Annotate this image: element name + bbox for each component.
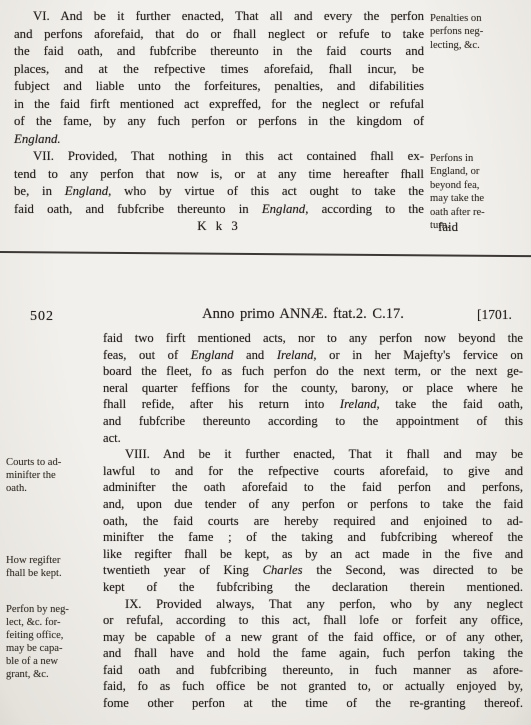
margin-note-line: minifter the <box>6 470 103 483</box>
text-line: board the fleet, fo as fuch perfon do th… <box>103 363 523 380</box>
running-title: Anno primo ANNÆ. ftat.2. C.17. <box>103 306 503 323</box>
text-line: tend to any perfon that now is, or at an… <box>14 166 424 184</box>
margin-note-line: may be capa- <box>6 642 103 655</box>
text-line: IX. Provided always, That any perfon, wh… <box>103 596 523 613</box>
text-line: lawful to and for the refpective courts … <box>103 463 523 480</box>
margin-note-courts-administer-oath: Courts to ad-minifter theoath. <box>6 457 103 496</box>
text-line: in the faid firft mentioned act expreffe… <box>14 96 424 114</box>
page2-header: 502 Anno primo ANNÆ. ftat.2. C.17. [1701… <box>0 306 531 328</box>
margin-note-line: oath after re- <box>430 206 527 219</box>
page-number: 502 <box>30 309 54 325</box>
margin-note-person-forfeiting-office: Perfon by neg-lect, &c. for-feiting offi… <box>6 603 103 682</box>
margin-note-line: Penalties on <box>430 12 527 25</box>
margin-note-line: beyond fea, <box>430 179 527 192</box>
margin-note-persons-in-england: Perfons inEngland, orbeyond fea,may take… <box>430 152 527 232</box>
text-line: faid oath and fubfcribing thereunto, in … <box>103 662 523 679</box>
margin-note-line: grant, &c. <box>6 668 103 681</box>
text-line: VI. And be it further enacted, That all … <box>14 8 424 26</box>
text-line: fhall refide, after his return into Irel… <box>103 396 523 413</box>
text-line: fubject and liable unto the forfeitures,… <box>14 78 424 96</box>
text-line: be, in England, who by virtue of this ac… <box>14 183 424 201</box>
margin-note-line: England, or <box>430 165 527 178</box>
text-line: and fubfcribe thereunto according to the… <box>103 413 523 430</box>
margin-note-line: turn. <box>430 219 527 232</box>
text-line: feas, out of England and Ireland, or in … <box>103 347 523 364</box>
text-line: act. <box>103 430 523 447</box>
text-line: the faid oath, and fubfcribe thereunto i… <box>14 43 424 61</box>
margin-note-line: Perfon by neg- <box>6 603 103 616</box>
text-line: and fhall have and hold the fame again, … <box>103 645 523 662</box>
margin-note-line: Perfons in <box>430 152 527 165</box>
margin-note-line: Courts to ad- <box>6 457 103 470</box>
margin-note-penalties: Penalties onperfons neg-lecting, &c. <box>430 12 527 52</box>
page2-body-text: faid two firft mentioned acts, nor to an… <box>103 330 523 712</box>
page1-body-text: VI. And be it further enacted, That all … <box>14 8 424 218</box>
text-line: oath, the faid courts are hereby require… <box>103 513 523 530</box>
text-line: and, upon due tender of any perfon or pe… <box>103 496 523 513</box>
signature-mark: K k 3 <box>14 219 424 234</box>
text-line: neral quarter feffions for the county, b… <box>103 380 523 397</box>
text-line: faid oath, and fubfcribe thereunto in En… <box>14 201 424 219</box>
text-line: of the fame, by any fuch perfon or perfo… <box>14 113 424 131</box>
margin-note-line: lecting, &c. <box>430 39 527 52</box>
text-line: VIII. And be it further enacted, That it… <box>103 446 523 463</box>
text-line: and perfons aforefaid, that do or fhall … <box>14 26 424 44</box>
text-line: England. <box>14 131 424 149</box>
text-line: adminifter the oath aforefaid to the fai… <box>103 479 523 496</box>
year-bracket: [1701. <box>477 307 512 323</box>
text-line: faid, fo as fuch office be not granted t… <box>103 678 523 695</box>
signature-row: K k 3 faid <box>14 219 424 237</box>
margin-note-line: How regifter <box>6 555 103 568</box>
text-line: or refufal, according to this act, fhall… <box>103 612 523 629</box>
margin-note-line: fhall be kept. <box>6 568 103 581</box>
margin-note-line: ble of a new <box>6 655 103 668</box>
margin-note-line: may take the <box>430 192 527 205</box>
text-line: faid two firft mentioned acts, nor to an… <box>103 330 523 347</box>
text-line: VII. Provided, That nothing in this act … <box>14 148 424 166</box>
text-line: may be capable of a new grant of the fai… <box>103 629 523 646</box>
text-line: like regifter fhall be kept, as by an ac… <box>103 546 523 563</box>
text-line: minifter the fame ; of the taking and fu… <box>103 529 523 546</box>
text-line: fome other perfon at the time of the re-… <box>103 695 523 712</box>
text-line: twentieth year of King Charles the Secon… <box>103 562 523 579</box>
margin-note-line: oath. <box>6 483 103 496</box>
margin-note-line: feiting office, <box>6 629 103 642</box>
text-line: places, and at the refpective times afor… <box>14 61 424 79</box>
margin-note-line: perfons neg- <box>430 25 527 38</box>
margin-note-how-register-kept: How regifterfhall be kept. <box>6 555 103 581</box>
text-line: kept of the fubfcribing the declaration … <box>103 579 523 596</box>
margin-note-line: lect, &c. for- <box>6 616 103 629</box>
